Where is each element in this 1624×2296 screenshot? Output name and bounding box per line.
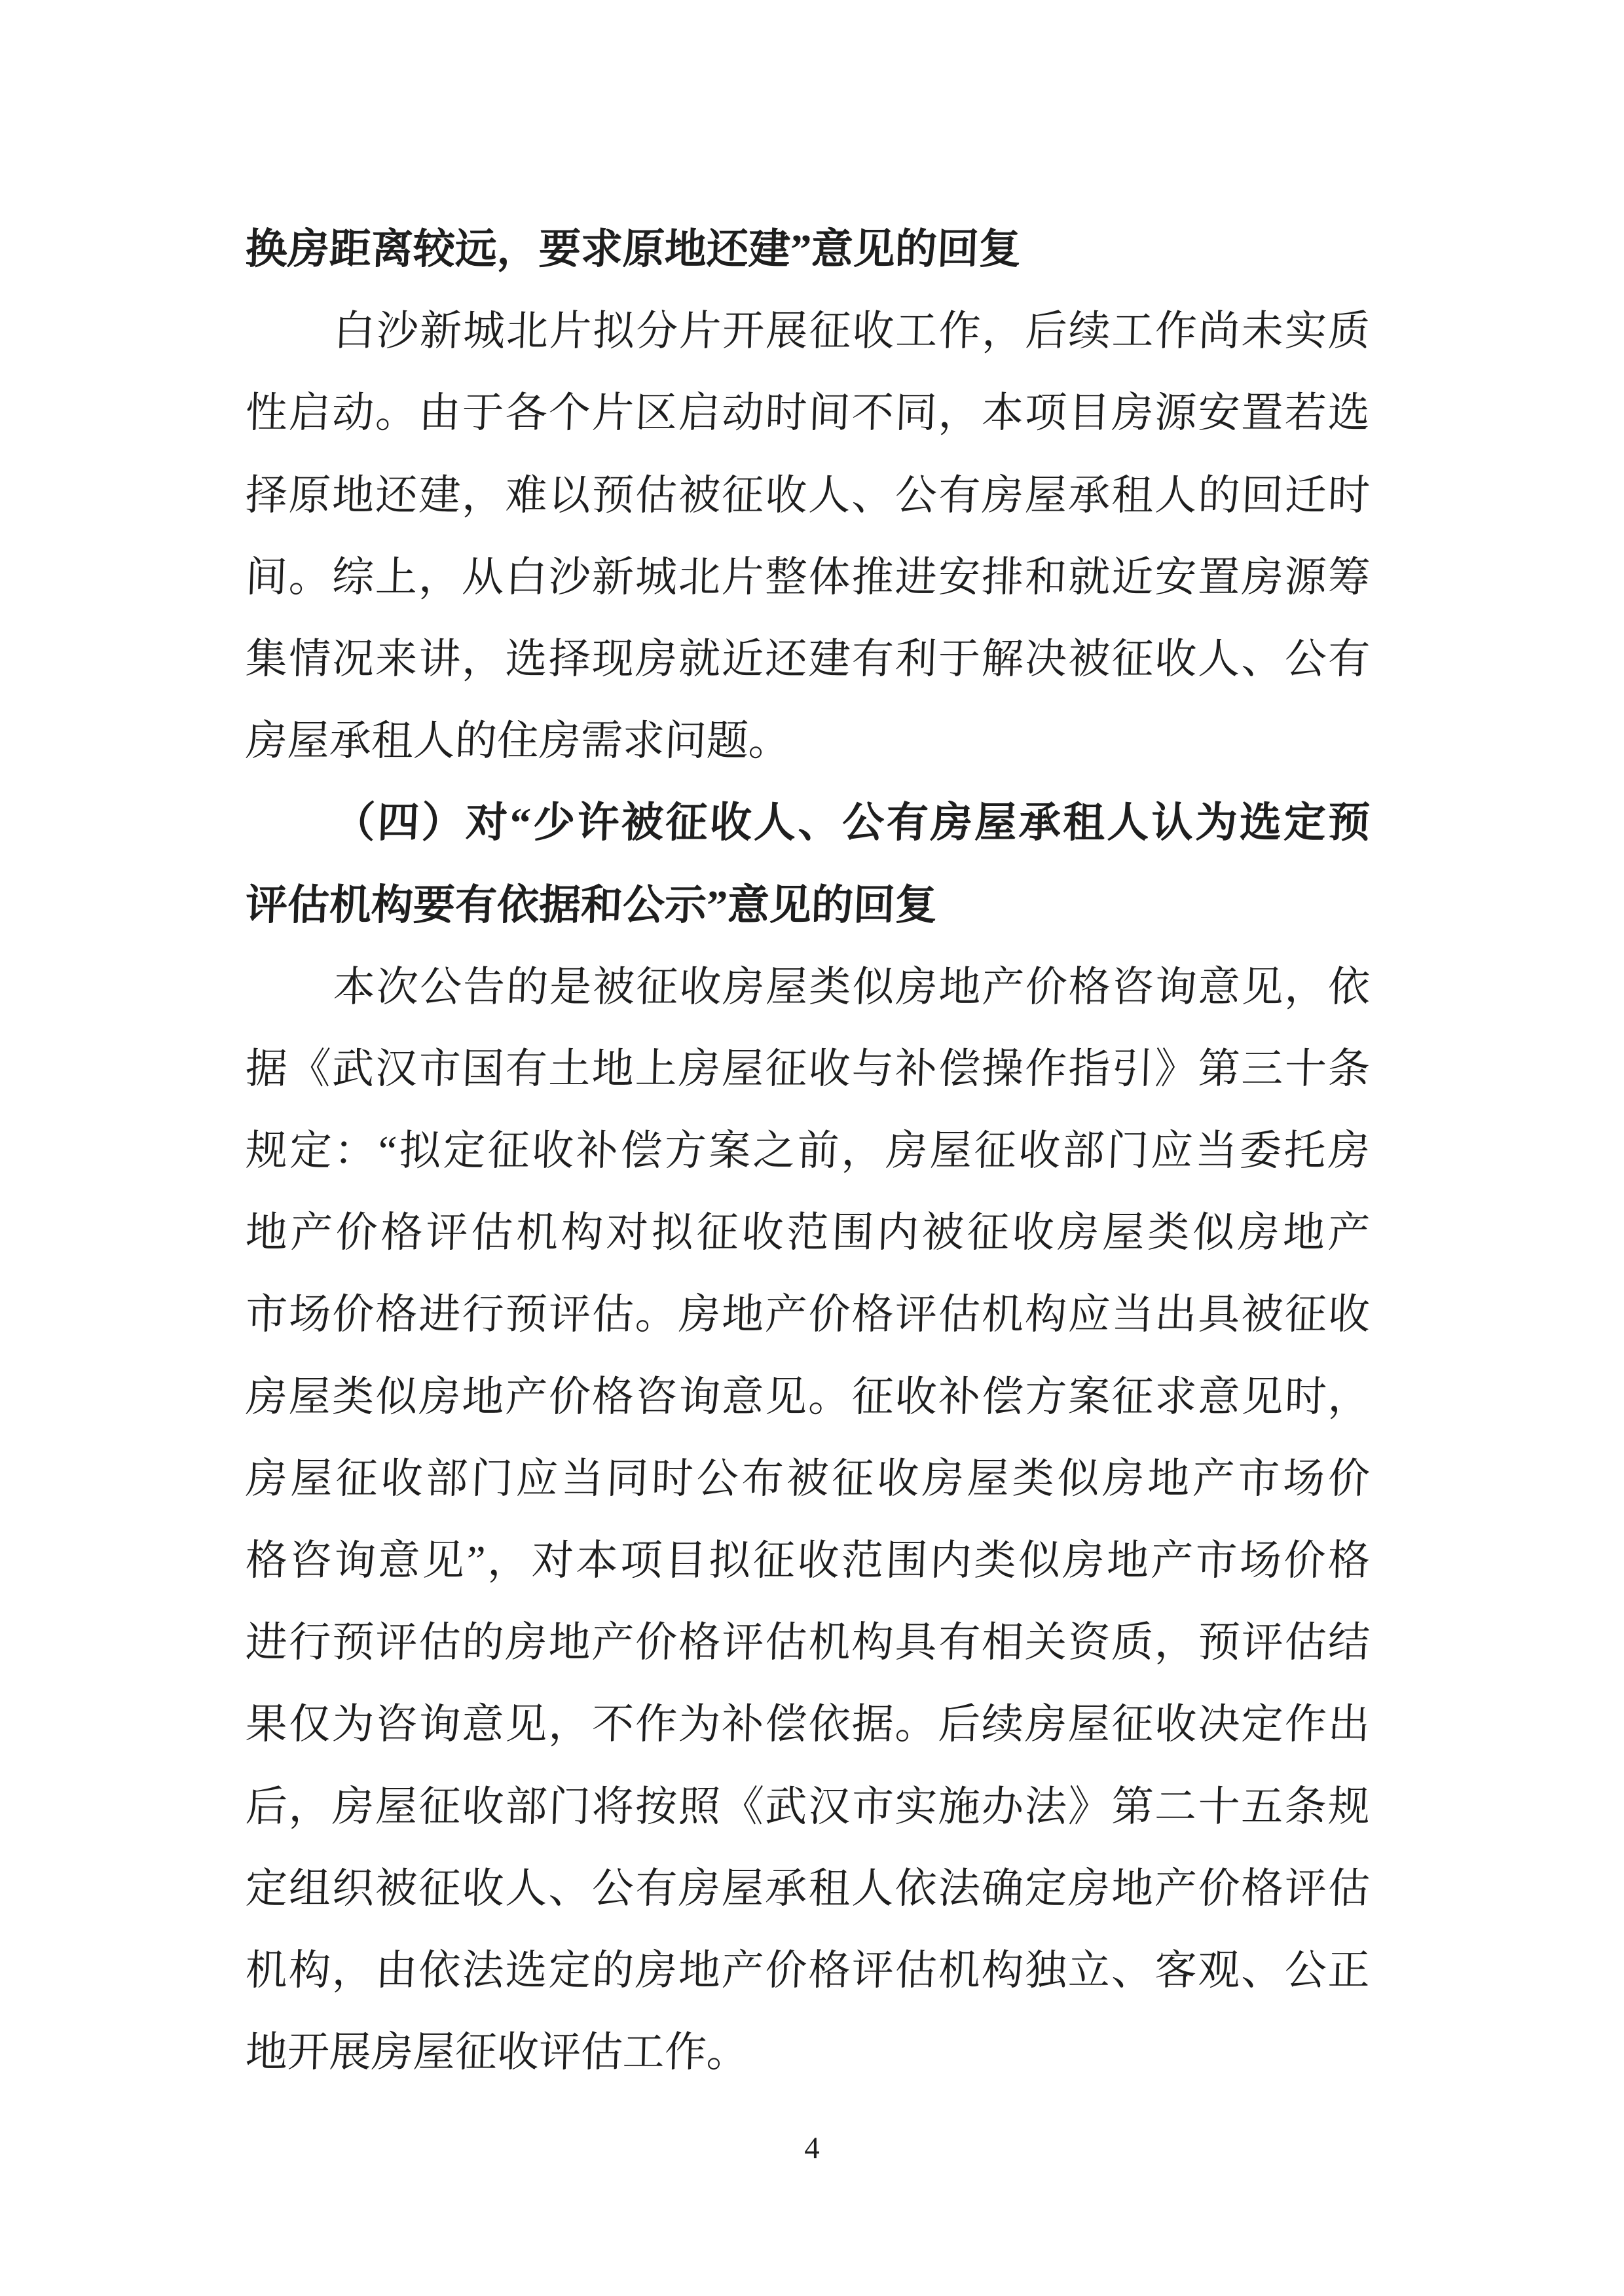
body-line: 机构，由依法选定的房地产价格评估机构独立、客观、公正 xyxy=(244,1929,1371,2011)
body-line: 择原地还建，难以预估被征收人、公有房屋承租人的回迁时 xyxy=(244,454,1371,536)
body-line: 规定：“拟定征收补偿方案之前，房屋征收部门应当委托房 xyxy=(244,1110,1371,1192)
body-line: 白沙新城北片拟分片开展征收工作，后续工作尚未实质 xyxy=(244,290,1371,372)
body-line: 据《武汉市国有土地上房屋征收与补偿操作指引》第三十条 xyxy=(244,1028,1371,1110)
body-line: 房屋征收部门应当同时公布被征收房屋类似房地产市场价 xyxy=(244,1438,1371,1520)
body-line: 地开展房屋征收评估工作。 xyxy=(244,2011,1371,2093)
body-line: 地产价格评估机构对拟征收范围内被征收房屋类似房地产 xyxy=(244,1192,1371,1273)
body-line: 房屋类似房地产价格咨询意见。征收补偿方案征求意见时， xyxy=(244,1356,1371,1438)
body-line: 后，房屋征收部门将按照《武汉市实施办法》第二十五条规 xyxy=(244,1766,1371,1848)
heading-line: （四）对“少许被征收人、公有房屋承租人认为选定预 xyxy=(244,782,1371,864)
heading-line: 换房距离较远，要求原地还建”意见的回复 xyxy=(244,208,1371,290)
heading-line: 评估机构要有依据和公示”意见的回复 xyxy=(244,864,1371,946)
body-line: 格咨询意见”，对本项目拟征收范围内类似房地产市场价格 xyxy=(244,1520,1371,1601)
document-page: 换房距离较远，要求原地还建”意见的回复白沙新城北片拟分片开展征收工作，后续工作尚… xyxy=(0,0,1624,2296)
page-number: 4 xyxy=(0,2128,1624,2168)
body-line: 果仅为咨询意见，不作为补偿依据。后续房屋征收决定作出 xyxy=(244,1683,1371,1765)
body-line: 集情况来讲，选择现房就近还建有利于解决被征收人、公有 xyxy=(244,618,1371,700)
body-line: 本次公告的是被征收房屋类似房地产价格咨询意见，依 xyxy=(244,946,1371,1028)
body-line: 进行预评估的房地产价格评估机构具有相关资质，预评估结 xyxy=(244,1601,1371,1683)
body-line: 房屋承租人的住房需求问题。 xyxy=(244,700,1371,782)
body-line: 间。综上，从白沙新城北片整体推进安排和就近安置房源筹 xyxy=(244,536,1371,618)
body-line: 性启动。由于各个片区启动时间不同，本项目房源安置若选 xyxy=(244,372,1371,454)
body-line: 定组织被征收人、公有房屋承租人依法确定房地产价格评估 xyxy=(244,1848,1371,1929)
body-line: 市场价格进行预评估。房地产价格评估机构应当出具被征收 xyxy=(244,1273,1371,1355)
text-block: 换房距离较远，要求原地还建”意见的回复白沙新城北片拟分片开展征收工作，后续工作尚… xyxy=(244,208,1369,2093)
